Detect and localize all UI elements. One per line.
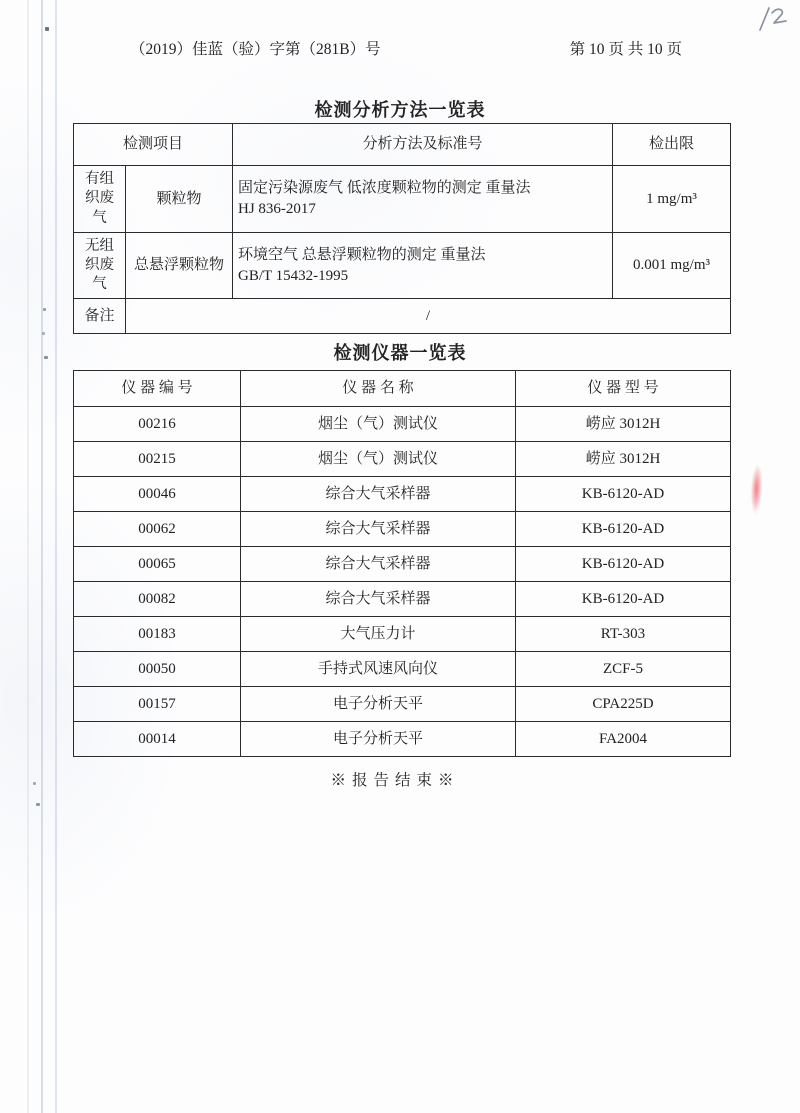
- scan-edge-line: [27, 0, 29, 1113]
- cell-instrument-id: 00014: [74, 722, 241, 757]
- cell-method: 环境空气 总悬浮颗粒物的测定 重量法 GB/T 15432-1995: [233, 233, 613, 299]
- cell-instrument-id: 00050: [74, 652, 241, 687]
- instrument-row: 00183大气压力计RT-303: [74, 617, 731, 652]
- cell-instrument-name: 综合大气采样器: [241, 477, 516, 512]
- cell-instrument-model: KB-6120-AD: [516, 547, 731, 582]
- cell-instrument-id: 00215: [74, 442, 241, 477]
- remark-row: 备注 /: [74, 299, 731, 334]
- instruments-table: 仪 器 编 号 仪 器 名 称 仪 器 型 号 00216烟尘（气）测试仪崂应 …: [73, 370, 731, 757]
- methods-table-title: 检测分析方法一览表: [0, 96, 800, 122]
- cell-instrument-id: 00065: [74, 547, 241, 582]
- cell-instrument-id: 00157: [74, 687, 241, 722]
- instruments-header-row: 仪 器 编 号 仪 器 名 称 仪 器 型 号: [74, 371, 731, 407]
- cell-instrument-name: 综合大气采样器: [241, 582, 516, 617]
- header-method: 分析方法及标准号: [233, 124, 613, 166]
- cell-instrument-id: 00216: [74, 407, 241, 442]
- cell-category: 无组 织废 气: [74, 233, 126, 299]
- cell-instrument-name: 大气压力计: [241, 617, 516, 652]
- scan-speck: [36, 803, 40, 806]
- cell-instrument-model: RT-303: [516, 617, 731, 652]
- instrument-row: 00050手持式风速风向仪ZCF-5: [74, 652, 731, 687]
- cell-instrument-id: 00183: [74, 617, 241, 652]
- remark-value: /: [126, 299, 731, 334]
- cell-category: 有组 织废 气: [74, 166, 126, 233]
- methods-table: 检测项目 分析方法及标准号 检出限 有组 织废 气 颗粒物 固定污染源废气 低浓…: [73, 123, 731, 334]
- instrument-row: 00046综合大气采样器KB-6120-AD: [74, 477, 731, 512]
- pencil-stroke-1: [760, 8, 769, 30]
- cell-instrument-model: CPA225D: [516, 687, 731, 722]
- instrument-row: 00216烟尘（气）测试仪崂应 3012H: [74, 407, 731, 442]
- remark-label: 备注: [74, 299, 126, 334]
- cell-item: 总悬浮颗粒物: [126, 233, 233, 299]
- document-number: （2019）佳蓝（验）字第（281B）号: [130, 37, 381, 59]
- red-marker-smudge: [750, 464, 764, 515]
- cell-instrument-name: 综合大气采样器: [241, 512, 516, 547]
- cell-instrument-id: 00046: [74, 477, 241, 512]
- cell-instrument-id: 00082: [74, 582, 241, 617]
- instruments-table-title: 检测仪器一览表: [0, 339, 800, 365]
- handwritten-page-number: [752, 2, 796, 38]
- end-of-report-note: ※报告结束※: [0, 768, 790, 790]
- cell-instrument-model: FA2004: [516, 722, 731, 757]
- scanned-report-page: （2019）佳蓝（验）字第（281B）号 第 10 页 共 10 页 检测分析方…: [0, 0, 800, 1113]
- cell-instrument-name: 烟尘（气）测试仪: [241, 442, 516, 477]
- cell-instrument-id: 00062: [74, 512, 241, 547]
- instrument-row: 00065综合大气采样器KB-6120-AD: [74, 547, 731, 582]
- instrument-row: 00082综合大气采样器KB-6120-AD: [74, 582, 731, 617]
- cell-instrument-name: 电子分析天平: [241, 687, 516, 722]
- header-instrument-model: 仪 器 型 号: [516, 371, 731, 407]
- methods-row: 无组 织废 气 总悬浮颗粒物 环境空气 总悬浮颗粒物的测定 重量法 GB/T 1…: [74, 233, 731, 299]
- cell-limit: 1 mg/m³: [613, 166, 731, 233]
- scan-edge-line: [55, 0, 57, 1113]
- cell-instrument-model: ZCF-5: [516, 652, 731, 687]
- scan-speck: [43, 308, 46, 311]
- instrument-row: 00014电子分析天平FA2004: [74, 722, 731, 757]
- header-limit: 检出限: [613, 124, 731, 166]
- scan-edge-line: [41, 0, 43, 1113]
- cell-instrument-name: 电子分析天平: [241, 722, 516, 757]
- cell-instrument-model: KB-6120-AD: [516, 512, 731, 547]
- cell-item: 颗粒物: [126, 166, 233, 233]
- cell-instrument-name: 烟尘（气）测试仪: [241, 407, 516, 442]
- header-item: 检测项目: [74, 124, 233, 166]
- methods-header-row: 检测项目 分析方法及标准号 检出限: [74, 124, 731, 166]
- scan-speck: [45, 27, 49, 31]
- cell-instrument-name: 手持式风速风向仪: [241, 652, 516, 687]
- instrument-row: 00215烟尘（气）测试仪崂应 3012H: [74, 442, 731, 477]
- page-header: （2019）佳蓝（验）字第（281B）号 第 10 页 共 10 页: [130, 37, 682, 59]
- pencil-stroke-2: [772, 9, 786, 23]
- cell-instrument-model: KB-6120-AD: [516, 582, 731, 617]
- cell-instrument-model: 崂应 3012H: [516, 442, 731, 477]
- instruments-table-body: 仪 器 编 号 仪 器 名 称 仪 器 型 号 00216烟尘（气）测试仪崂应 …: [74, 371, 731, 757]
- methods-row: 有组 织废 气 颗粒物 固定污染源废气 低浓度颗粒物的测定 重量法 HJ 836…: [74, 166, 731, 233]
- cell-method: 固定污染源废气 低浓度颗粒物的测定 重量法 HJ 836-2017: [233, 166, 613, 233]
- instrument-row: 00157电子分析天平CPA225D: [74, 687, 731, 722]
- cell-instrument-model: KB-6120-AD: [516, 477, 731, 512]
- scan-speck: [42, 332, 45, 335]
- header-instrument-id: 仪 器 编 号: [74, 371, 241, 407]
- cell-instrument-name: 综合大气采样器: [241, 547, 516, 582]
- page-indicator: 第 10 页 共 10 页: [570, 37, 682, 59]
- instrument-row: 00062综合大气采样器KB-6120-AD: [74, 512, 731, 547]
- cell-instrument-model: 崂应 3012H: [516, 407, 731, 442]
- header-instrument-name: 仪 器 名 称: [241, 371, 516, 407]
- cell-limit: 0.001 mg/m³: [613, 233, 731, 299]
